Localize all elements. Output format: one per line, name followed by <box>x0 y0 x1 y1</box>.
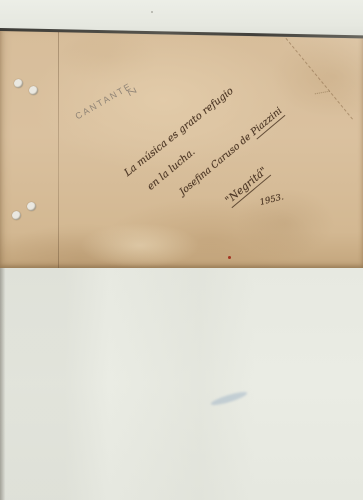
punch-hole-reinforcement <box>29 86 38 95</box>
paper-stain <box>80 223 200 268</box>
dust-speck <box>151 11 153 13</box>
punch-hole-reinforcement <box>14 79 23 88</box>
album-page-paper: CANTANTE Z La música es grato refugio en… <box>0 28 363 268</box>
paper-stain <box>235 188 335 258</box>
pencil-annotation: CANTANTE <box>74 81 134 122</box>
corner-crease-highlight <box>283 28 363 123</box>
punch-hole-reinforcement <box>12 211 21 220</box>
signature-surname: Piazzini <box>249 105 286 139</box>
red-ink-speck <box>228 256 231 259</box>
punch-hole-reinforcement <box>27 202 36 211</box>
vertical-fold-line <box>58 28 59 268</box>
scanner-background-bottom <box>0 267 363 500</box>
scanned-autograph-page: CANTANTE Z La música es grato refugio en… <box>0 0 363 500</box>
blue-smudge <box>210 390 248 408</box>
